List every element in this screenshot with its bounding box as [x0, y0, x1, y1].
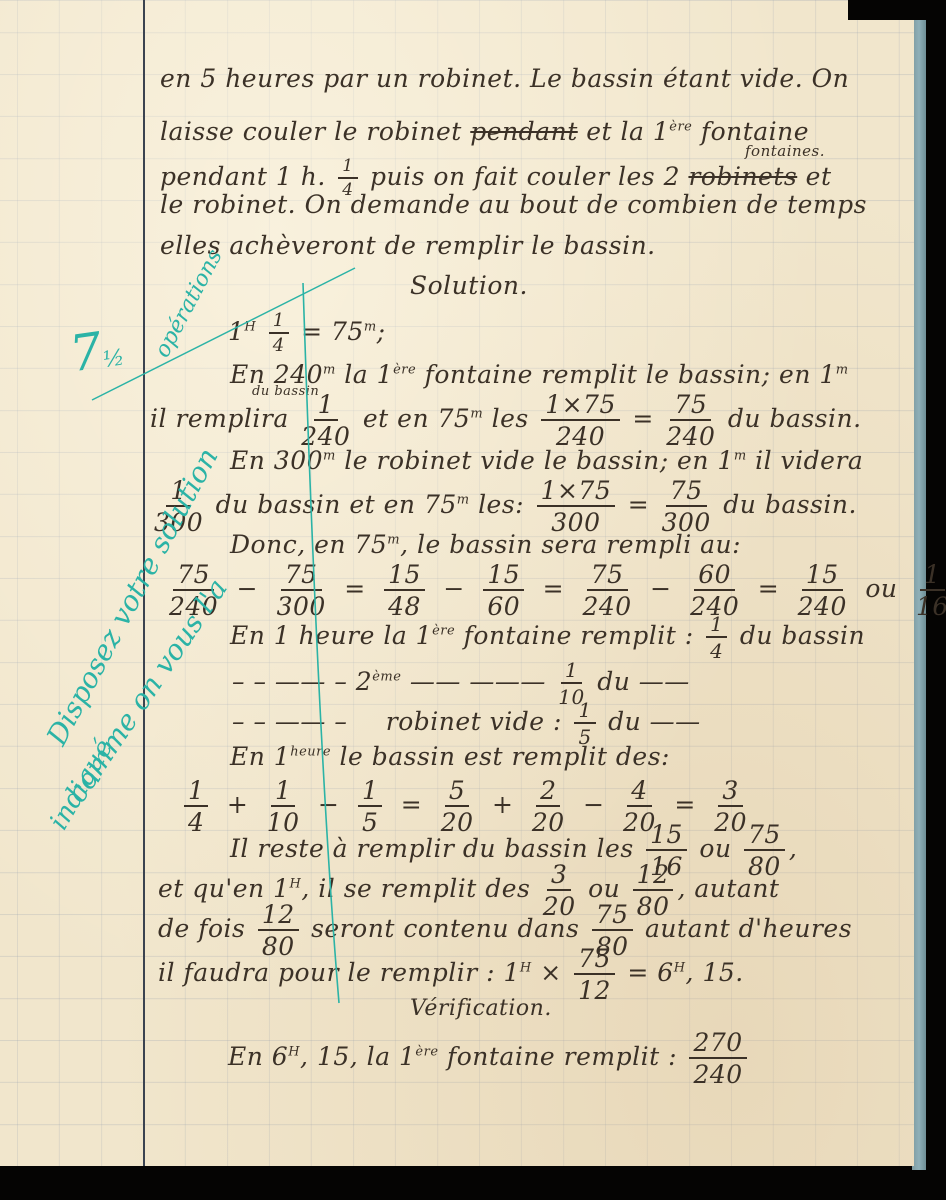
- solution-step-16: il faudra pour le remplir : 1H × 7512 = …: [158, 946, 744, 1003]
- text: Donc, en 75: [230, 530, 387, 559]
- problem-text: pendant 1 h.: [160, 162, 326, 191]
- unit-sup: m: [323, 363, 336, 378]
- solution-heading: Solution.: [410, 271, 528, 300]
- punct: ,: [789, 834, 797, 863]
- fraction: 270240: [689, 1030, 746, 1087]
- text: et qu'en 1: [158, 874, 290, 903]
- operator: +: [227, 790, 248, 819]
- unit-sup: H: [290, 877, 302, 892]
- unit-sup: H: [244, 320, 256, 335]
- text: , 15.: [686, 958, 744, 987]
- operator: ou: [865, 574, 897, 603]
- struck-word: pendant: [470, 117, 577, 146]
- fraction: 60240: [690, 562, 739, 619]
- text: = 6: [627, 958, 673, 987]
- unit-sup: H: [674, 961, 686, 976]
- operator: ×: [540, 958, 561, 987]
- fraction: 116: [916, 562, 946, 619]
- solution-step-1: 1H 14 = 75m;: [228, 312, 386, 355]
- operator: =: [344, 574, 365, 603]
- unit-sup: m: [387, 533, 400, 548]
- text: , autant: [677, 874, 779, 903]
- fraction: 1×75240: [541, 392, 620, 449]
- grade-fraction: ½: [101, 345, 126, 373]
- text: fontaine remplit :: [447, 1042, 677, 1071]
- operator: =: [674, 790, 695, 819]
- fraction: 1240: [301, 392, 350, 449]
- verification-heading: Vérification.: [410, 996, 552, 1021]
- solution-step-3: il remplira 1240 et en 75m les 1×75240 =…: [150, 392, 862, 449]
- ordinal-sup: ère: [669, 120, 692, 135]
- ordinal-sup: ème: [372, 670, 401, 685]
- unit-sup: H: [520, 961, 532, 976]
- operator: −: [583, 790, 604, 819]
- value: 1: [228, 317, 244, 346]
- text: , il se remplit des: [301, 874, 530, 903]
- text: de fois: [158, 914, 245, 943]
- solution-step-7-equation: 75240 − 75300 = 1548 − 1560 = 75240 − 60…: [165, 562, 946, 619]
- problem-text: et: [806, 162, 832, 191]
- text: il faudra pour le remplir : 1: [158, 958, 520, 987]
- text: il remplira: [150, 404, 289, 433]
- text: En 300: [230, 446, 323, 475]
- text: du bassin: [740, 621, 865, 650]
- fraction: 1560: [483, 562, 524, 619]
- ordinal-sup: ère: [432, 624, 455, 639]
- text: et en 75: [363, 404, 470, 433]
- unit-sup: m: [470, 407, 483, 422]
- unit-sup: H: [288, 1045, 300, 1060]
- solution-step-8: En 1 heure la 1ère fontaine remplit : 14…: [230, 614, 865, 661]
- unit-sup: heure: [290, 745, 331, 760]
- text: En 1 heure la 1: [230, 621, 432, 650]
- ordinal-sup: ère: [415, 1045, 438, 1060]
- fraction: 75240: [583, 562, 632, 619]
- problem-line-5: elles achèveront de remplir le bassin.: [160, 231, 656, 260]
- text: autant d'heures: [645, 914, 852, 943]
- punct: ;: [377, 317, 386, 346]
- fraction: 75300: [277, 562, 326, 619]
- text: En 6: [228, 1042, 288, 1071]
- unit-sup: m: [734, 449, 747, 464]
- operator: −: [318, 790, 339, 819]
- text: , le bassin sera rempli au:: [400, 530, 741, 559]
- grade-value: 7: [66, 322, 106, 384]
- struck-word: robinets: [688, 162, 797, 191]
- unit-sup: m: [457, 493, 470, 508]
- text: ou: [699, 834, 731, 863]
- solution-step-2: En 240m la 1ère fontaine remplit le bass…: [230, 360, 849, 389]
- text: du ——: [608, 707, 701, 736]
- fraction: 14: [706, 614, 727, 661]
- solution-step-4: En 300m le robinet vide le bassin; en 1m…: [230, 446, 863, 475]
- unit-sup: m: [836, 363, 849, 378]
- fraction: 15240: [798, 562, 847, 619]
- value: = 75: [301, 317, 364, 346]
- text: du bassin.: [728, 404, 862, 433]
- text: fontaine remplit :: [464, 621, 694, 650]
- operator: +: [492, 790, 513, 819]
- text: seront contenu dans: [311, 914, 579, 943]
- solution-step-5: 1300 du bassin et en 75m les: 1×75300 = …: [150, 478, 857, 535]
- grade-mark: 7½: [66, 319, 127, 384]
- text: la 1: [344, 360, 393, 389]
- equals: =: [632, 404, 653, 433]
- operator: −: [443, 574, 464, 603]
- operator: −: [650, 574, 671, 603]
- fraction: 14: [184, 778, 208, 835]
- text: ou: [588, 874, 620, 903]
- fraction: 15: [574, 700, 595, 747]
- text: il videra: [755, 446, 863, 475]
- fraction: 1×75300: [537, 478, 616, 535]
- ditto-marks: —— ———: [410, 667, 546, 696]
- text: du ——: [597, 667, 690, 696]
- operator: =: [543, 574, 564, 603]
- unit-sup: m: [364, 320, 377, 335]
- ditto-marks: – – —— –: [232, 707, 347, 736]
- text: les: [492, 404, 529, 433]
- fraction: 75300: [662, 478, 711, 535]
- fraction: 1548: [384, 562, 425, 619]
- text: fontaine remplit le bassin; en 1: [425, 360, 836, 389]
- text: du bassin et en 75: [216, 490, 457, 519]
- problem-text: laisse couler le robinet: [160, 117, 462, 146]
- equals: =: [628, 490, 649, 519]
- text: Il reste à remplir du bassin les: [230, 834, 634, 863]
- text: les:: [478, 490, 524, 519]
- problem-line-2: laisse couler le robinet pendant et la 1…: [160, 117, 809, 146]
- text: le robinet vide le bassin; en 1: [344, 446, 734, 475]
- text: robinet vide :: [386, 707, 562, 736]
- text: le bassin est remplit des:: [340, 742, 670, 771]
- fraction: 75240: [666, 392, 715, 449]
- text: En 1: [230, 742, 290, 771]
- operator: −: [237, 574, 258, 603]
- text: du bassin.: [723, 490, 857, 519]
- operator: =: [401, 790, 422, 819]
- unit-sup: m: [323, 449, 336, 464]
- ditto-marks: – – —— – 2: [232, 667, 372, 696]
- ordinal-sup: ère: [393, 363, 416, 378]
- verification-step-1: En 6H, 15, la 1ère fontaine remplit : 27…: [228, 1030, 751, 1087]
- page-corner-shadow: [848, 0, 914, 20]
- solution-step-10: – – —— – robinet vide : 15 du ——: [232, 700, 701, 747]
- text: , 15, la 1: [300, 1042, 415, 1071]
- solution-step-6: Donc, en 75m, le bassin sera rempli au:: [230, 530, 741, 559]
- operator: =: [758, 574, 779, 603]
- problem-line-1: en 5 heures par un robinet. Le bassin ét…: [160, 64, 849, 93]
- problem-text: puis on fait couler les 2: [370, 162, 680, 191]
- problem-text: et la 1: [586, 117, 669, 146]
- fraction: 14: [269, 312, 289, 355]
- fraction: 7512: [574, 946, 615, 1003]
- solution-step-11: En 1heure le bassin est remplit des:: [230, 742, 670, 771]
- problem-line-4: le robinet. On demande au bout de combie…: [160, 190, 867, 219]
